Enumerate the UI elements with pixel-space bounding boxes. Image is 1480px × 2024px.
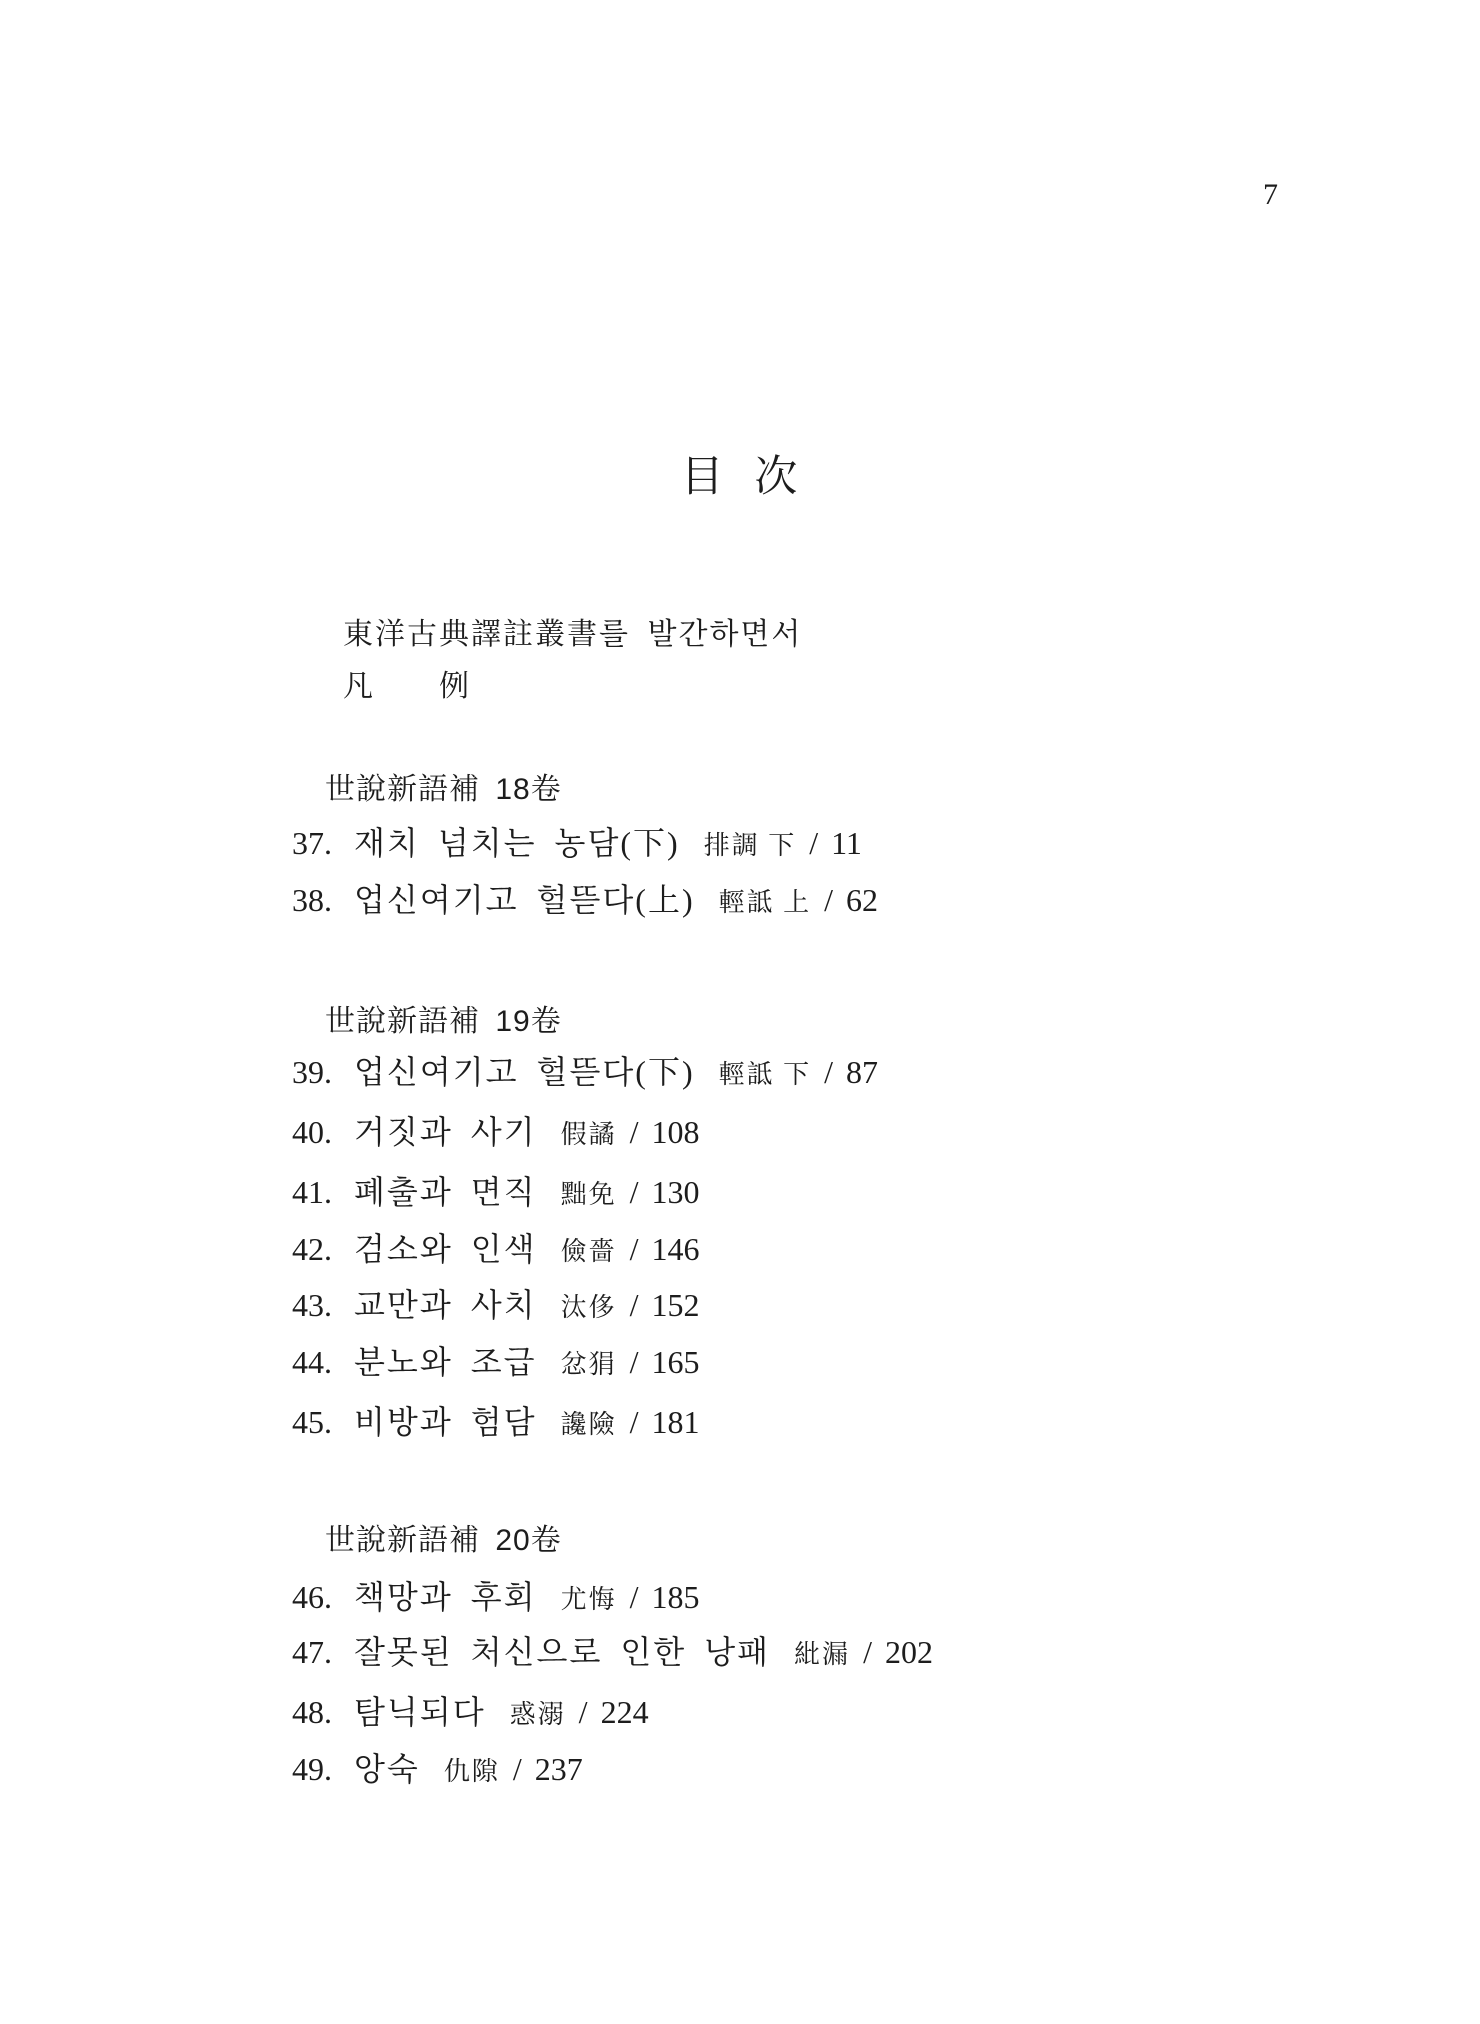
entry-number: 47. — [292, 1636, 332, 1668]
toc-entry-48: 48.탐닉되다惑溺/224 — [292, 1696, 649, 1728]
section-heading-vol20: 世說新語補 20卷 — [325, 1526, 562, 1556]
entry-title-korean: 업신여기고 헐뜯다(下) — [354, 1054, 695, 1090]
entry-number: 42. — [292, 1233, 332, 1265]
toc-entry-41: 41.폐출과 면직黜免/130 — [292, 1176, 699, 1208]
separator-slash: / — [579, 1694, 588, 1730]
entry-number: 40. — [292, 1116, 332, 1148]
separator-slash: / — [630, 1404, 639, 1440]
entry-page-number: 130 — [651, 1174, 699, 1210]
entry-page-number: 224 — [601, 1694, 649, 1730]
page-title: 目 次 — [0, 443, 1480, 504]
entry-title-korean: 교만과 사치 — [354, 1287, 537, 1323]
separator-slash: / — [824, 1054, 833, 1090]
entry-title-korean: 비방과 험담 — [354, 1404, 537, 1440]
entry-page-number: 202 — [885, 1634, 933, 1670]
toc-entry-45: 45.비방과 험담讒險/181 — [292, 1406, 699, 1438]
entry-number: 37. — [292, 827, 332, 859]
entry-page-number: 237 — [535, 1751, 583, 1787]
entry-title-hanja: 汰侈 — [561, 1293, 617, 1322]
toc-entry-47: 47.잘못된 처신으로 인한 낭패紕漏/202 — [292, 1636, 933, 1668]
section-heading-vol19: 世說新語補 19卷 — [325, 1007, 562, 1037]
separator-slash: / — [630, 1114, 639, 1150]
entry-number: 45. — [292, 1406, 332, 1438]
entry-page-number: 185 — [651, 1579, 699, 1615]
toc-entry-44: 44.분노와 조급忿狷/165 — [292, 1346, 699, 1378]
separator-slash: / — [630, 1579, 639, 1615]
entry-title-korean: 재치 넘치는 농담(下) — [354, 825, 680, 861]
front-matter-foreword: 東洋古典譯註叢書를 발간하면서 — [343, 620, 802, 650]
entry-number: 49. — [292, 1753, 332, 1785]
entry-page-number: 146 — [651, 1231, 699, 1267]
entry-number: 39. — [292, 1056, 332, 1088]
toc-entry-40: 40.거짓과 사기假譎/108 — [292, 1116, 699, 1148]
entry-number: 38. — [292, 884, 332, 916]
entry-title-hanja: 讒險 — [561, 1410, 617, 1439]
entry-title-korean: 거짓과 사기 — [354, 1114, 537, 1150]
entry-title-korean: 폐출과 면직 — [354, 1174, 537, 1210]
separator-slash: / — [630, 1174, 639, 1210]
entry-title-hanja: 黜免 — [561, 1180, 617, 1209]
entry-page-number: 62 — [846, 882, 878, 918]
entry-title-hanja: 忿狷 — [561, 1350, 617, 1379]
entry-title-hanja: 儉嗇 — [561, 1237, 617, 1266]
entry-number: 46. — [292, 1581, 332, 1613]
entry-title-korean: 분노와 조급 — [354, 1344, 537, 1380]
entry-page-number: 152 — [651, 1287, 699, 1323]
entry-title-korean: 앙숙 — [354, 1751, 420, 1787]
entry-page-number: 108 — [651, 1114, 699, 1150]
separator-slash: / — [863, 1634, 872, 1670]
front-matter-explanatory-notes: 凡 例 — [343, 672, 471, 702]
entry-page-number: 181 — [651, 1404, 699, 1440]
entry-number: 44. — [292, 1346, 332, 1378]
separator-slash: / — [630, 1287, 639, 1323]
section-heading-vol18: 世說新語補 18卷 — [325, 775, 562, 805]
entry-title-hanja: 仇隙 — [444, 1757, 500, 1786]
entry-title-korean: 책망과 후회 — [354, 1579, 537, 1615]
entry-number: 41. — [292, 1176, 332, 1208]
separator-slash: / — [630, 1231, 639, 1267]
document-page: 7 目 次 東洋古典譯註叢書를 발간하면서 凡 例 世說新語補 18卷 37.재… — [0, 0, 1480, 2024]
separator-slash: / — [513, 1751, 522, 1787]
entry-number: 48. — [292, 1696, 332, 1728]
entry-title-hanja: 輕詆 下 — [719, 1060, 812, 1089]
entry-page-number: 87 — [846, 1054, 878, 1090]
toc-entry-37: 37.재치 넘치는 농담(下)排調 下/11 — [292, 827, 862, 859]
entry-title-hanja: 輕詆 上 — [719, 888, 812, 917]
entry-title-hanja: 排調 下 — [704, 831, 797, 860]
entry-title-hanja: 尤悔 — [561, 1585, 617, 1614]
separator-slash: / — [824, 882, 833, 918]
toc-entry-42: 42.검소와 인색儉嗇/146 — [292, 1233, 699, 1265]
entry-title-korean: 잘못된 처신으로 인한 낭패 — [354, 1634, 770, 1670]
toc-entry-38: 38.업신여기고 헐뜯다(上)輕詆 上/62 — [292, 884, 878, 916]
entry-number: 43. — [292, 1289, 332, 1321]
separator-slash: / — [809, 825, 818, 861]
toc-entry-39: 39.업신여기고 헐뜯다(下)輕詆 下/87 — [292, 1056, 878, 1088]
toc-entry-43: 43.교만과 사치汰侈/152 — [292, 1289, 699, 1321]
separator-slash: / — [630, 1344, 639, 1380]
toc-entry-46: 46.책망과 후회尤悔/185 — [292, 1581, 699, 1613]
entry-title-korean: 검소와 인색 — [354, 1231, 537, 1267]
entry-title-korean: 업신여기고 헐뜯다(上) — [354, 882, 695, 918]
entry-title-hanja: 假譎 — [561, 1120, 617, 1149]
entry-page-number: 165 — [651, 1344, 699, 1380]
page-number: 7 — [1263, 178, 1279, 212]
entry-title-korean: 탐닉되다 — [354, 1694, 486, 1730]
entry-title-hanja: 紕漏 — [794, 1640, 850, 1669]
entry-page-number: 11 — [831, 825, 862, 861]
toc-entry-49: 49.앙숙仇隙/237 — [292, 1753, 583, 1785]
entry-title-hanja: 惑溺 — [510, 1700, 566, 1729]
